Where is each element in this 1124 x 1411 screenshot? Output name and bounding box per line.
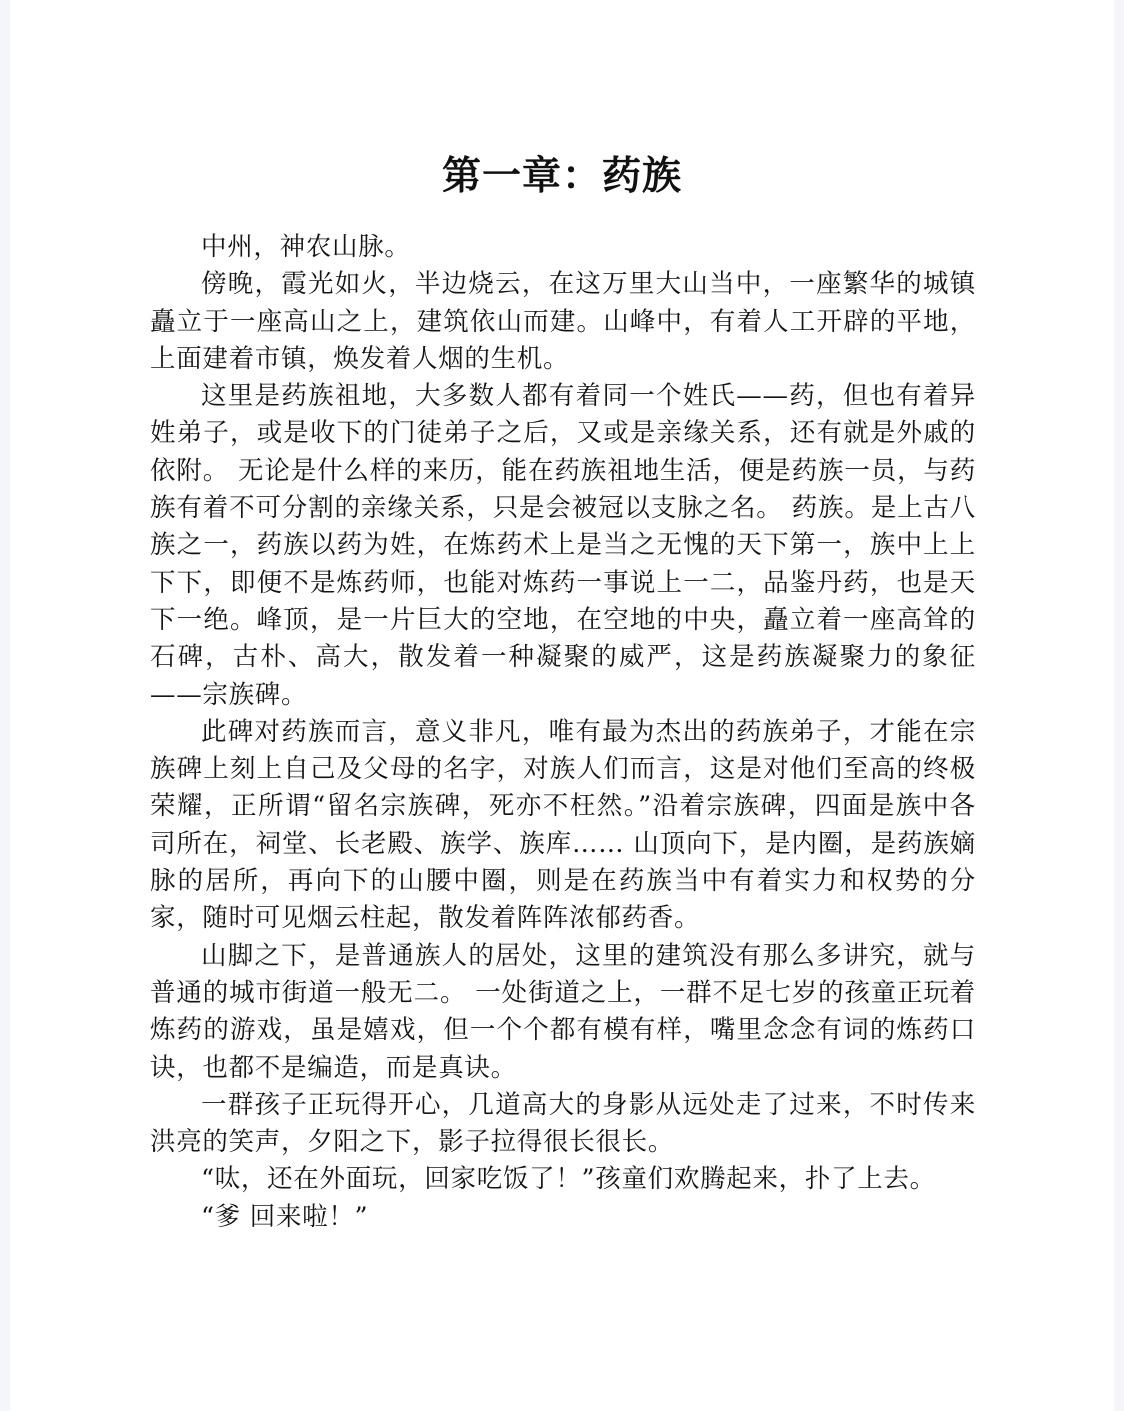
paragraph: “爹 回来啦！” (150, 1199, 976, 1236)
paragraph: 这里是药族祖地，大多数人都有着同一个姓氏——药，但也有着异姓弟子，或是收下的门徒… (150, 378, 976, 714)
paragraph: “呔，还在外面玩，回家吃饭了！”孩童们欢腾起来，扑了上去。 (150, 1161, 976, 1198)
left-margin-strip (0, 0, 10, 1411)
chapter-title: 第一章：药族 (10, 148, 1114, 204)
paragraph: 此碑对药族而言，意义非凡，唯有最为杰出的药族弟子，才能在宗族碑上刻上自己及父母的… (150, 714, 976, 938)
paragraph: 中州，神农山脉。 (150, 229, 976, 266)
document-page: 第一章：药族 中州，神农山脉。 傍晚，霞光如火，半边烧云，在这万里大山当中，一座… (10, 0, 1114, 1411)
paragraph: 山脚之下，是普通族人的居处，这里的建筑没有那么多讲究，就与普通的城市街道一般无二… (150, 938, 976, 1087)
chapter-body: 中州，神农山脉。 傍晚，霞光如火，半边烧云，在这万里大山当中，一座繁华的城镇矗立… (150, 229, 976, 1236)
right-margin-strip (1114, 0, 1124, 1411)
paragraph: 一群孩子正玩得开心，几道高大的身影从远处走了过来，不时传来洪亮的笑声，夕阳之下，… (150, 1087, 976, 1162)
paragraph: 傍晚，霞光如火，半边烧云，在这万里大山当中，一座繁华的城镇矗立于一座高山之上，建… (150, 266, 976, 378)
